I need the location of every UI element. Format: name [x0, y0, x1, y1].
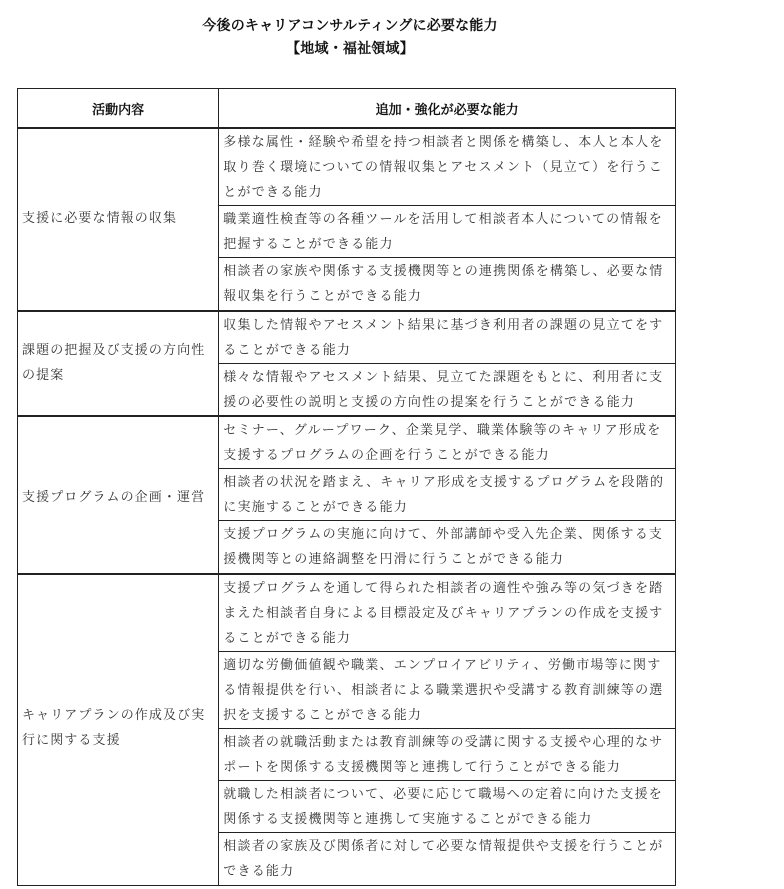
ability-cell: 就職した相談者について、必要に応じて職場への定着に向けた支援を関係する支援機関等…: [219, 781, 676, 833]
activity-cell: 課題の把握及び支援の方向性の提案: [18, 311, 219, 416]
activity-label: 支援に必要な情報の収集: [22, 206, 212, 231]
ability-cell: 支援プログラムの実施に向けて、外部講師や受入先企業、関係する支援機関等との連絡調…: [219, 521, 676, 575]
activity-label: 課題の把握及び支援の方向性の提案: [22, 338, 212, 388]
ability-cell: 相談者の家族及び関係者に対して必要な情報提供や支援を行うことができる能力: [219, 833, 676, 886]
ability-cell: 職業適性検査等の各種ツールを活用して相談者本人についての情報を把握することができ…: [219, 206, 676, 258]
document-subtitle: 【地域・福祉領域】: [0, 38, 700, 58]
table-header-row: 活動内容 追加・強化が必要な能力: [18, 89, 676, 129]
header-ability: 追加・強化が必要な能力: [219, 89, 676, 129]
table-row: 支援プログラムの企画・運営 セミナー、グループワーク、企業見学、職業体験等のキャ…: [18, 416, 676, 469]
ability-cell: 相談者の家族や関係する支援機関等との連携関係を構築し、必要な情報収集を行うことが…: [219, 258, 676, 312]
table-row: 課題の把握及び支援の方向性の提案 収集した情報やアセスメント結果に基づき利用者の…: [18, 311, 676, 364]
ability-cell: 収集した情報やアセスメント結果に基づき利用者の課題の見立てをすることができる能力: [219, 311, 676, 364]
ability-cell: 多様な属性・経験や希望を持つ相談者と関係を構築し、本人と本人を取り巻く環境につい…: [219, 128, 676, 206]
activity-cell: 支援に必要な情報の収集: [18, 128, 219, 311]
activity-cell: キャリアプランの作成及び実行に関する支援: [18, 574, 219, 886]
table-row: 支援に必要な情報の収集 多様な属性・経験や希望を持つ相談者と関係を構築し、本人と…: [18, 128, 676, 206]
abilities-table: 活動内容 追加・強化が必要な能力 支援に必要な情報の収集 多様な属性・経験や希望…: [17, 88, 676, 886]
ability-cell: 相談者の就職活動または教育訓練等の受講に関する支援や心理的なサポートを関係する支…: [219, 729, 676, 781]
ability-cell: 適切な労働価値観や職業、エンプロイアビリティ、労働市場等に関する情報提供を行い、…: [219, 652, 676, 729]
ability-cell: 支援プログラムを通して得られた相談者の適性や強み等の気づきを踏まえた相談者自身に…: [219, 574, 676, 652]
document-title: 今後のキャリアコンサルティングに必要な能力: [0, 15, 700, 35]
header-activity: 活動内容: [18, 89, 219, 129]
activity-label: キャリアプランの作成及び実行に関する支援: [22, 703, 212, 753]
ability-cell: 相談者の状況を踏まえ、キャリア形成を支援するプログラムを段階的に実施することがで…: [219, 469, 676, 521]
activity-cell: 支援プログラムの企画・運営: [18, 416, 219, 574]
ability-cell: 様々な情報やアセスメント結果、見立てた課題をもとに、利用者に支援の必要性の説明と…: [219, 364, 676, 417]
activity-label: 支援プログラムの企画・運営: [22, 485, 212, 510]
ability-cell: セミナー、グループワーク、企業見学、職業体験等のキャリア形成を支援するプログラム…: [219, 416, 676, 469]
table-row: キャリアプランの作成及び実行に関する支援 支援プログラムを通して得られた相談者の…: [18, 574, 676, 652]
